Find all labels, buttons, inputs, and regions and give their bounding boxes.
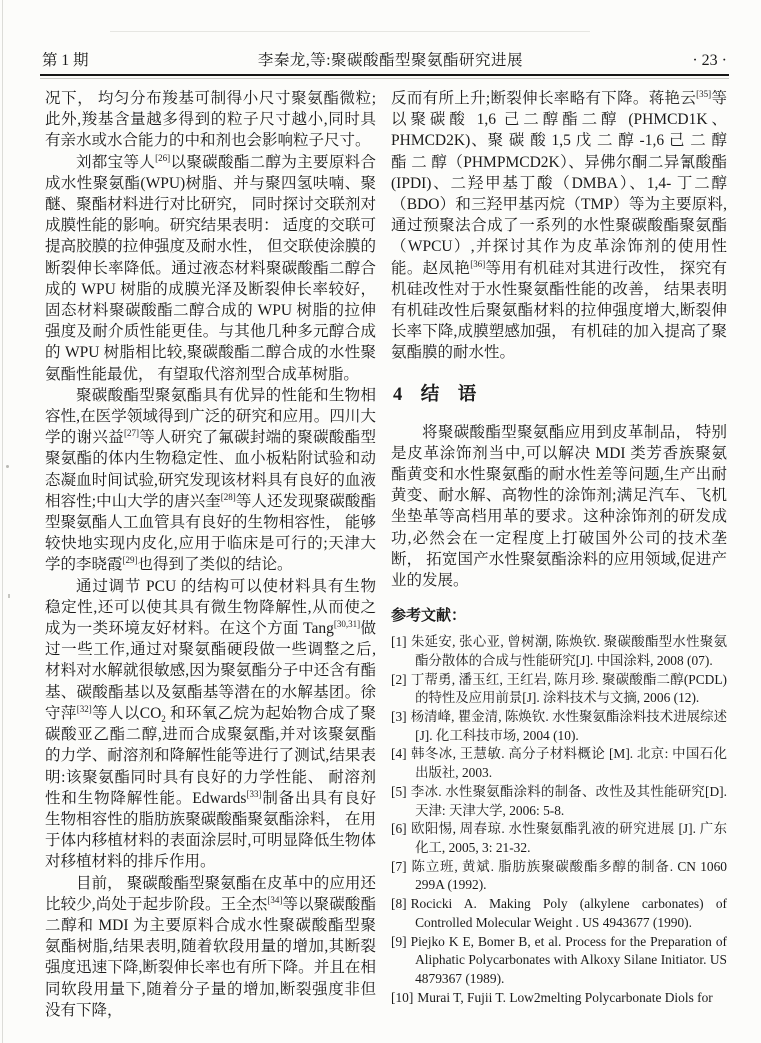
reference-item: [8]Rocicki A. Making Poly (alkylene carb… (391, 895, 727, 932)
reference-number: [3] (391, 709, 411, 724)
citation-superscript: [26] (155, 152, 170, 162)
body-paragraph: 聚碳酸酯型聚氨酯具有优异的性能和生物相容性,在医学领域得到广泛的研究和应用。四川… (45, 385, 376, 576)
reference-item: [1]朱延安, 张心亚, 曾树潮, 陈焕钦. 聚碳酸酯型水性聚氨酯分散体的合成与… (391, 633, 727, 670)
body-paragraph: 反而有所上升;断裂伸长率略有下降。蒋艳云[35]等以聚碳酸 1,6 己二醇酯二醇… (391, 88, 727, 364)
citation-superscript: [34] (267, 895, 282, 905)
chemical-subscript: 2 (161, 714, 166, 724)
scan-edge-artifact (2, 0, 3, 1043)
reference-number: [10] (391, 990, 417, 1005)
citation-superscript: [36] (470, 258, 485, 268)
reference-number: [5] (391, 784, 411, 799)
section-heading: 4 结 语 (393, 384, 727, 406)
reference-item: [10]Murai T, Fujii T. Low2melting Polyca… (391, 989, 727, 1008)
scan-dot-artifact (6, 465, 9, 468)
citation-superscript: [33] (246, 789, 261, 799)
reference-item: [3]杨清峰, 瞿金清, 陈焕钦. 水性聚氨酯涂料技术进展综述[J]. 化工科技… (391, 708, 727, 745)
reference-number: [8] (391, 896, 411, 911)
reference-item: [4]韩冬冰, 王慧敏. 高分子材料概论 [M]. 北京: 中国石化出版社, 2… (391, 745, 727, 782)
body-paragraph: 通过调节 PCU 的结构可以使材料具有生物稳定性,还可以使其具有微生物降解性,从… (45, 576, 376, 873)
reference-number: [6] (391, 821, 411, 836)
citation-superscript: [27] (124, 428, 139, 438)
reference-number: [9] (391, 934, 411, 949)
references-heading: 参考文献： (391, 607, 727, 626)
reference-item: [6]欧阳惕, 周春琼. 水性聚氨酯乳液的研究进展 [J]. 广东化工, 200… (391, 820, 727, 857)
body-paragraph: 况下， 均匀分布羧基可制得小尺寸聚氨酯微粒;此外,羧基含量越多得到的粒子尺寸越小… (45, 88, 376, 152)
citation-superscript: [29] (123, 555, 138, 565)
journal-page: 第 1 期 李秦龙,等:聚碳酸酯型聚氨酯研究进展 · 23 · 况下， 均匀分布… (0, 0, 761, 1043)
page-number: · 23 · (692, 52, 727, 70)
right-column: 反而有所上升;断裂伸长率略有下降。蒋艳云[35]等以聚碳酸 1,6 己二醇酯二醇… (391, 88, 727, 1007)
issue-label: 第 1 期 (42, 48, 89, 70)
citation-superscript: [30,31] (334, 619, 360, 629)
header-rule-echo (40, 78, 729, 79)
body-paragraph: 刘都宝等人[26]以聚碳酸酯二醇为主要原料合成水性聚氨酯(WPU)树脂、并与聚四… (45, 152, 376, 385)
citation-superscript: [35] (696, 89, 711, 99)
scan-smudge-artifact (110, 31, 590, 32)
reference-item: [9]Piejko K E, Bomer B, et al. Process f… (391, 933, 727, 989)
reference-item: [5]李冰. 水性聚氨酯涂料的制备、改性及其性能研究[D]. 天津: 天津大学,… (391, 783, 727, 820)
body-paragraph: 将聚碳酸酯型聚氨酯应用到皮革制品， 特别是皮革涂饰剂当中,可以解决 MDI 类芳… (391, 422, 727, 592)
reference-item: [7]陈立班, 黄斌. 脂肪族聚碳酸酯多醇的制备. CN 1060 299A (… (391, 858, 727, 895)
header-rule (40, 74, 729, 76)
reference-number: [1] (391, 634, 411, 649)
citation-superscript: [28] (221, 492, 236, 502)
running-title: 李秦龙,等:聚碳酸酯型聚氨酯研究进展 (89, 48, 693, 70)
left-column: 况下， 均匀分布羧基可制得小尺寸聚氨酯微粒;此外,羧基含量越多得到的粒子尺寸越小… (45, 88, 376, 1021)
body-paragraph: 目前， 聚碳酸酯型聚氨酯在皮革中的应用还比较少,尚处于起步阶段。王全杰[34]等… (45, 873, 376, 1021)
page-header: 第 1 期 李秦龙,等:聚碳酸酯型聚氨酯研究进展 · 23 · (42, 48, 727, 70)
reference-number: [2] (391, 672, 411, 687)
scan-dot-artifact (8, 594, 10, 598)
reference-number: [7] (391, 859, 411, 874)
citation-superscript: [32] (77, 704, 92, 714)
reference-item: [2]丁帮勇, 潘玉红, 王红岩, 陈月珍. 聚碳酸酯二醇(PCDL)的特性及应… (391, 671, 727, 708)
reference-number: [4] (391, 746, 411, 761)
